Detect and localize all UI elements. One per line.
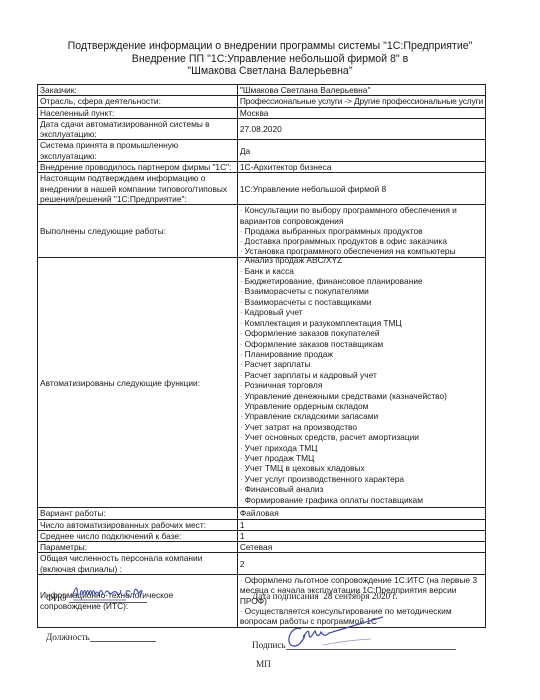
signature-handwriting xyxy=(283,615,393,651)
mode-value: Файловая xyxy=(237,508,485,519)
position-line xyxy=(90,631,156,642)
row-connections: Среднее число подключений к базе: 1 xyxy=(38,530,486,541)
row-params: Параметры: Сетевая xyxy=(38,542,486,553)
fio-label: ФИО xyxy=(46,593,67,603)
function-item: Управление денежными средствами (казначе… xyxy=(240,391,483,401)
customer-value: "Шмакова Светлана Валерьевна" xyxy=(237,85,485,96)
solution-label: Настоящим подтверждаем информацию о внед… xyxy=(38,173,238,205)
staff-label: Общая численность персонала компании (вк… xyxy=(38,553,238,575)
partner-value: 1С-Архитектор бизнеса xyxy=(237,162,485,173)
works-label: Выполнены следующие работы: xyxy=(38,205,238,258)
function-item: Оформление заказов покупателей xyxy=(240,328,483,338)
function-item: Кадровый учет xyxy=(240,307,483,317)
date-value: 28 сентября 2020 г. xyxy=(323,591,397,601)
city-value: Москва xyxy=(237,107,485,118)
industry-value: Профессиональные услуги -> Другие профес… xyxy=(237,96,485,107)
connections-label: Среднее число подключений к базе: xyxy=(38,530,238,541)
function-item: Учет ТМЦ в цеховых кладовых xyxy=(240,463,483,473)
row-mode: Вариант работы: Файловая xyxy=(38,508,486,519)
handover-date-value: 27.08.2020 xyxy=(237,118,485,140)
signature-label: Подпись xyxy=(252,640,286,650)
works-list: Консультации по выбору программного обес… xyxy=(240,205,483,257)
accepted-label: Система принята в промышленную эксплуата… xyxy=(38,140,238,162)
function-item: Взаиморасчеты с поставщиками xyxy=(240,297,483,307)
function-item: Финансовый анализ xyxy=(240,484,483,494)
position-label: Должность xyxy=(46,632,90,642)
function-item: Розничная торговля xyxy=(240,380,483,390)
signing-date: Дата подписания 28 сентября 2020 г. xyxy=(252,591,398,601)
function-item: Расчет зарплаты и кадровый учет xyxy=(240,370,483,380)
connections-value: 1 xyxy=(237,530,485,541)
row-works: Выполнены следующие работы: Консультации… xyxy=(38,205,486,258)
handover-date-label: Дата сдачи автоматизированной системы в … xyxy=(38,118,238,140)
workplaces-value: 1 xyxy=(237,519,485,530)
accepted-value: Да xyxy=(237,140,485,162)
function-item: Учет продаж ТМЦ xyxy=(240,453,483,463)
function-item: Анализ продаж ABC/XYZ xyxy=(240,255,483,265)
function-item: Учет основных средств, расчет амортизаци… xyxy=(240,432,483,442)
row-solution: Настоящим подтверждаем информацию о внед… xyxy=(38,173,486,205)
row-partner: Внедрение проводилось партнером фирмы "1… xyxy=(38,162,486,173)
function-item: Взаиморасчеты с покупателями xyxy=(240,286,483,296)
works-item: Доставка программных продуктов в офис за… xyxy=(240,236,483,246)
works-item: Продажа выбранных программных продуктов xyxy=(240,226,483,236)
customer-label: Заказчик: xyxy=(38,85,238,96)
fio-handwriting: Шмакова С.В. xyxy=(68,583,160,603)
row-industry: Отрасль, сфера деятельности: Профессиона… xyxy=(38,96,486,107)
function-item: Расчет зарплаты xyxy=(240,359,483,369)
industry-label: Отрасль, сфера деятельности: xyxy=(38,96,238,107)
solution-value: 1С:Управление небольшой фирмой 8 xyxy=(237,173,485,205)
implementation-table: Заказчик: "Шмакова Светлана Валерьевна" … xyxy=(37,84,486,628)
title-line-3: "Шмакова Светлана Валерьевна" xyxy=(0,65,540,78)
function-item: Планирование продаж xyxy=(240,349,483,359)
mode-label: Вариант работы: xyxy=(38,508,238,519)
row-handover-date: Дата сдачи автоматизированной системы в … xyxy=(38,118,486,140)
title-line-2: Внедрение ПП "1С:Управление небольшой фи… xyxy=(0,53,540,66)
function-item: Оформление заказов поставщикам xyxy=(240,339,483,349)
row-workplaces: Число автоматизированных рабочих мест: 1 xyxy=(38,519,486,530)
date-label: Дата подписания xyxy=(252,591,319,601)
function-item: Управление складскими запасами xyxy=(240,411,483,421)
function-item: Управление ордерным складом xyxy=(240,401,483,411)
city-label: Населенный пункт: xyxy=(38,107,238,118)
function-item: Формирование графика оплаты поставщикам xyxy=(240,495,483,505)
function-item: Учет затрат на производство xyxy=(240,422,483,432)
function-item: Учет услуг производственного характера xyxy=(240,474,483,484)
row-staff: Общая численность персонала компании (вк… xyxy=(38,553,486,575)
workplaces-label: Число автоматизированных рабочих мест: xyxy=(38,519,238,530)
row-city: Населенный пункт: Москва xyxy=(38,107,486,118)
params-value: Сетевая xyxy=(237,542,485,553)
position-field: Должность xyxy=(46,631,156,642)
function-item: Банк и касса xyxy=(240,266,483,276)
works-item: Консультации по выбору программного обес… xyxy=(240,205,483,226)
functions-list: Анализ продаж ABC/XYZБанк и кассаБюджети… xyxy=(240,255,483,507)
row-customer: Заказчик: "Шмакова Светлана Валерьевна" xyxy=(38,85,486,96)
function-item: Комплектация и разукомплектация ТМЦ xyxy=(240,318,483,328)
partner-label: Внедрение проводилось партнером фирмы "1… xyxy=(38,162,238,173)
title-line-1: Подтверждение информации о внедрении про… xyxy=(0,40,540,53)
document-title: Подтверждение информации о внедрении про… xyxy=(0,40,540,78)
staff-value: 2 xyxy=(237,553,485,575)
row-accepted: Система принята в промышленную эксплуата… xyxy=(38,140,486,162)
functions-label: Автоматизированы следующие функции: xyxy=(38,258,238,508)
stamp-placeholder: МП xyxy=(256,659,271,669)
params-label: Параметры: xyxy=(38,542,238,553)
function-item: Учет прихода ТМЦ xyxy=(240,443,483,453)
function-item: Бюджетирование, финансовое планирование xyxy=(240,276,483,286)
row-functions: Автоматизированы следующие функции: Анал… xyxy=(38,258,486,508)
